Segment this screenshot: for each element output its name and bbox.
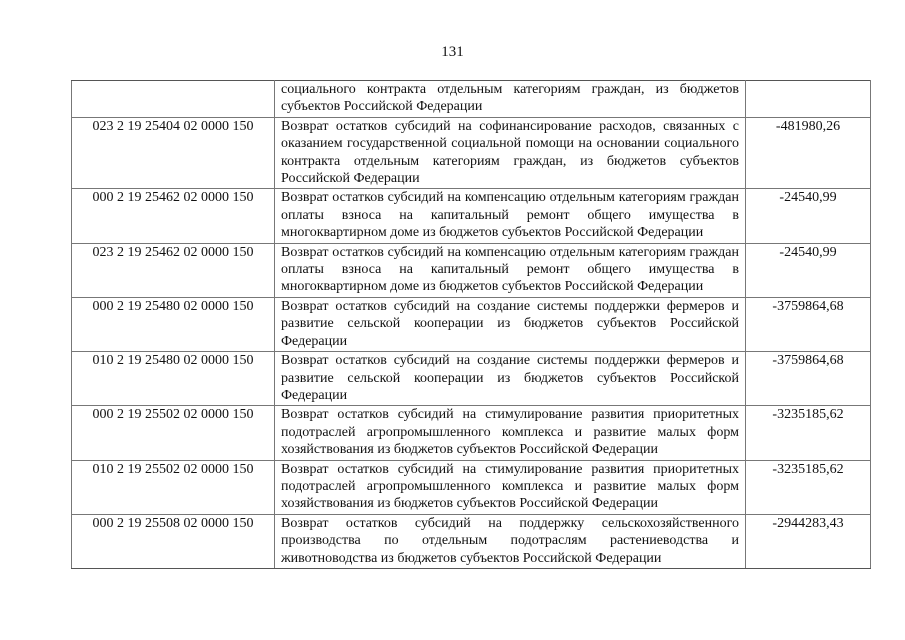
budget-code-cell: 000 2 19 25462 02 0000 150 bbox=[72, 189, 275, 243]
budget-table: социального контракта отдельным категори… bbox=[71, 80, 871, 569]
table-row: 000 2 19 25502 02 0000 150Возврат остатк… bbox=[72, 406, 871, 460]
amount-cell: -481980,26 bbox=[746, 117, 871, 189]
description-cell: Возврат остатков субсидий на создание си… bbox=[275, 352, 746, 406]
table-row: 000 2 19 25480 02 0000 150Возврат остатк… bbox=[72, 297, 871, 351]
amount-cell: -3759864,68 bbox=[746, 297, 871, 351]
description-cell: Возврат остатков субсидий на компенсацию… bbox=[275, 243, 746, 297]
table-row: 000 2 19 25462 02 0000 150Возврат остатк… bbox=[72, 189, 871, 243]
budget-code-cell: 023 2 19 25462 02 0000 150 bbox=[72, 243, 275, 297]
amount-cell: -3759864,68 bbox=[746, 352, 871, 406]
budget-code-cell: 000 2 19 25502 02 0000 150 bbox=[72, 406, 275, 460]
page-number: 131 bbox=[0, 44, 905, 61]
table-row: 010 2 19 25480 02 0000 150Возврат остатк… bbox=[72, 352, 871, 406]
amount-cell: -24540,99 bbox=[746, 189, 871, 243]
table-row: социального контракта отдельным категори… bbox=[72, 81, 871, 118]
table-row: 000 2 19 25508 02 0000 150Возврат остатк… bbox=[72, 514, 871, 568]
amount-cell: -24540,99 bbox=[746, 243, 871, 297]
amount-cell bbox=[746, 81, 871, 118]
description-cell: Возврат остатков субсидий на поддержку с… bbox=[275, 514, 746, 568]
description-cell: Возврат остатков субсидий на стимулирова… bbox=[275, 406, 746, 460]
description-cell: Возврат остатков субсидий на создание си… bbox=[275, 297, 746, 351]
description-cell: Возврат остатков субсидий на стимулирова… bbox=[275, 460, 746, 514]
description-cell: Возврат остатков субсидий на софинансиро… bbox=[275, 117, 746, 189]
table-row: 023 2 19 25404 02 0000 150Возврат остатк… bbox=[72, 117, 871, 189]
description-cell: социального контракта отдельным категори… bbox=[275, 81, 746, 118]
budget-code-cell bbox=[72, 81, 275, 118]
budget-code-cell: 010 2 19 25480 02 0000 150 bbox=[72, 352, 275, 406]
budget-code-cell: 010 2 19 25502 02 0000 150 bbox=[72, 460, 275, 514]
amount-cell: -2944283,43 bbox=[746, 514, 871, 568]
budget-code-cell: 000 2 19 25508 02 0000 150 bbox=[72, 514, 275, 568]
budget-code-cell: 000 2 19 25480 02 0000 150 bbox=[72, 297, 275, 351]
amount-cell: -3235185,62 bbox=[746, 406, 871, 460]
description-cell: Возврат остатков субсидий на компенсацию… bbox=[275, 189, 746, 243]
budget-code-cell: 023 2 19 25404 02 0000 150 bbox=[72, 117, 275, 189]
table-row: 023 2 19 25462 02 0000 150Возврат остатк… bbox=[72, 243, 871, 297]
table-row: 010 2 19 25502 02 0000 150Возврат остатк… bbox=[72, 460, 871, 514]
amount-cell: -3235185,62 bbox=[746, 460, 871, 514]
